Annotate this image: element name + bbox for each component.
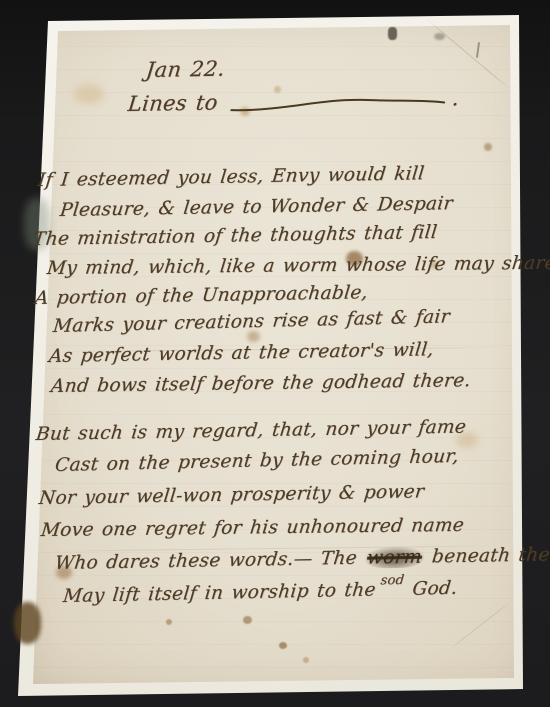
inserted-word: sod [380, 573, 405, 588]
struck-word: worm [364, 547, 425, 569]
line13-post: beneath the [423, 544, 550, 567]
photo-background: Jan 22. Lines to . If I esteemed you les… [0, 0, 550, 707]
line14-post: God. [411, 578, 458, 600]
date-line: Jan 22. [145, 57, 226, 82]
title-text: Lines to [127, 90, 219, 116]
title-rule [229, 93, 447, 113]
